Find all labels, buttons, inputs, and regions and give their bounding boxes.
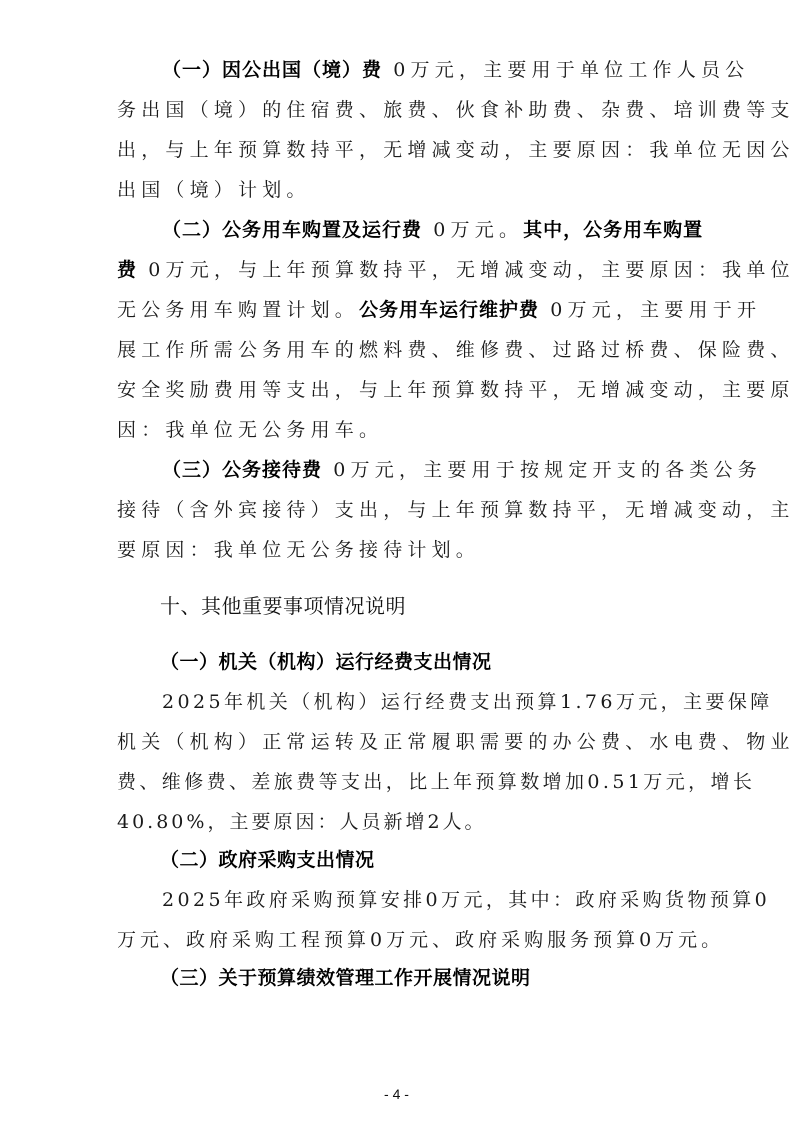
para3-line3: 要原因：我单位无公务接待计划。: [117, 530, 685, 570]
document-page: （一）因公出国（境）费 0万元，主要用于单位工作人员公 务出国（境）的住宿费、旅…: [0, 0, 793, 1122]
para1-line1: （一）因公出国（境）费 0万元，主要用于单位工作人员公: [162, 50, 685, 90]
para3-line2: 接待（含外宾接待）支出，与上年预算数持平，无增减变动，主: [117, 490, 685, 530]
para2-text: 无公务用车购置计划。: [117, 299, 359, 321]
para2-line6: 因：我单位无公务用车。: [117, 410, 685, 450]
subsection1-line3: 费、维修费、差旅费等支出，比上年预算数增加0.51万元，增长: [117, 762, 685, 802]
para2-text: 0万元，主要用于开: [539, 299, 761, 321]
section-heading: 十、其他重要事项情况说明: [160, 586, 406, 626]
para3-text: 0万元，主要用于按规定开支的各类公务: [322, 459, 762, 481]
para2-line4: 展工作所需公务用车的燃料费、维修费、过路过桥费、保险费、: [117, 330, 685, 370]
para2-line1: （二）公务用车购置及运行费 0万元。其中，公务用车购置: [162, 210, 685, 250]
para2-heading: （二）公务用车购置及运行费: [162, 219, 422, 241]
para3-heading: （三）公务接待费: [162, 459, 322, 481]
para2-line5: 安全奖励费用等支出，与上年预算数持平，无增减变动，主要原: [117, 370, 685, 410]
subsection1-line4: 40.80%，主要原因：人员新增2人。: [117, 802, 685, 842]
para3-line1: （三）公务接待费 0万元，主要用于按规定开支的各类公务: [162, 450, 685, 490]
para1-heading: （一）因公出国（境）费: [162, 59, 382, 81]
para2-subheading-maintenance: 公务用车运行维护费: [359, 299, 539, 321]
subsection2-line1: 2025年政府采购预算安排0万元，其中：政府采购货物预算0: [162, 880, 685, 920]
subsection3-heading: （三）关于预算绩效管理工作开展情况说明: [160, 958, 531, 998]
para2-line3: 无公务用车购置计划。公务用车运行维护费 0万元，主要用于开: [117, 290, 685, 330]
page-number: - 4 -: [0, 1086, 793, 1102]
para1-line3: 出，与上年预算数持平，无增减变动，主要原因：我单位无因公: [117, 130, 685, 170]
subsection1-heading: （一）机关（机构）运行经费支出情况: [160, 642, 492, 682]
para2-bold-fee: 费: [117, 259, 137, 281]
subsection2-line2: 万元、政府采购工程预算0万元、政府采购服务预算0万元。: [117, 920, 685, 960]
para2-text: 0万元，与上年预算数持平，无增减变动，主要原因：我单位: [137, 259, 793, 281]
subsection1-line2: 机关（机构）正常运转及正常履职需要的办公费、水电费、物业: [117, 722, 685, 762]
para2-subheading: 其中，公务用车购置: [523, 219, 703, 241]
para1-text: 0万元，主要用于单位工作人员公: [382, 59, 749, 81]
subsection1-line1: 2025年机关（机构）运行经费支出预算1.76万元，主要保障: [162, 682, 685, 722]
para2-text: 0万元。: [422, 219, 523, 241]
subsection2-heading: （二）政府采购支出情况: [160, 840, 375, 880]
para2-line2: 费 0万元，与上年预算数持平，无增减变动，主要原因：我单位: [117, 250, 685, 290]
para1-line4: 出国（境）计划。: [117, 170, 685, 210]
para1-line2: 务出国（境）的住宿费、旅费、伙食补助费、杂费、培训费等支: [117, 90, 685, 130]
